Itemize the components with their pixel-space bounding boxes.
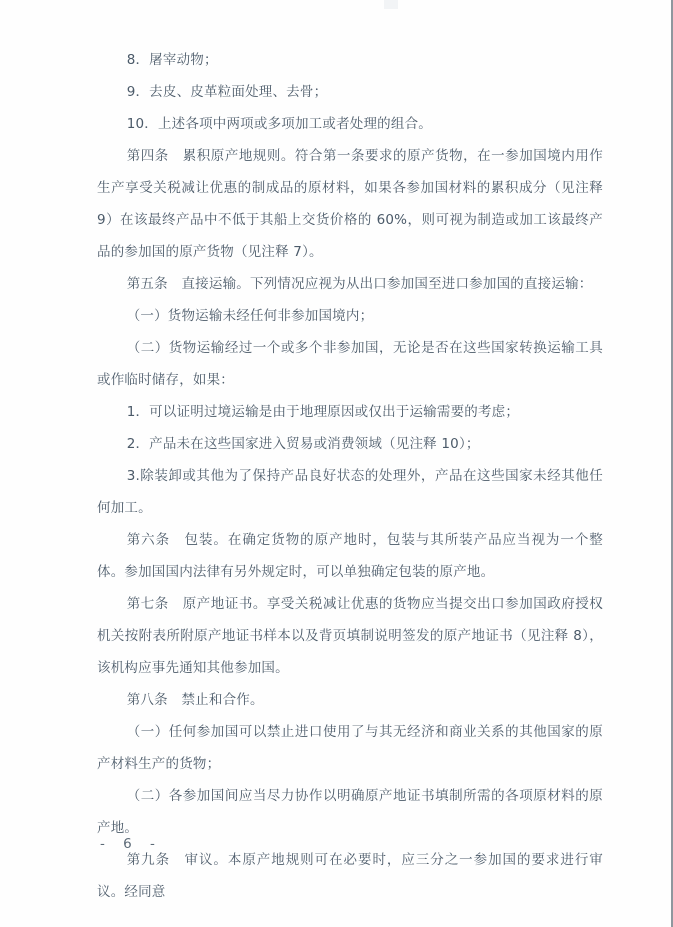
- paragraph: （一）货物运输未经任何非参加国境内；: [97, 300, 603, 332]
- document-body: 8．屠宰动物； 9．去皮、皮革粒面处理、去骨； 10．上述各项中两项或多项加工或…: [97, 44, 603, 908]
- paragraph: （二）货物运输经过一个或多个非参加国，无论是否在这些国家转换运输工具或作临时储存…: [97, 332, 603, 396]
- paragraph: 10．上述各项中两项或多项加工或者处理的组合。: [97, 108, 603, 140]
- scan-smudge-artifact: [384, 0, 398, 9]
- paragraph: 9．去皮、皮革粒面处理、去骨；: [97, 76, 603, 108]
- paragraph: 2．产品未在这些国家进入贸易或消费领域（见注释 10）；: [97, 428, 603, 460]
- paragraph: 8．屠宰动物；: [97, 44, 603, 76]
- paragraph: （一）任何参加国可以禁止进口使用了与其无经济和商业关系的其他国家的原产材料生产的…: [97, 716, 603, 780]
- paragraph: 第九条 审议。本原产地规则可在必要时，应三分之一参加国的要求进行审议。经同意: [97, 844, 603, 908]
- paragraph: （二）各参加国间应当尽力协作以明确原产地证书填制所需的各项原材料的原产地。: [97, 780, 603, 844]
- paragraph: 第四条 累积原产地规则。符合第一条要求的原产货物，在一参加国境内用作生产享受关税…: [97, 140, 603, 268]
- paragraph: 第八条 禁止和合作。: [97, 684, 603, 716]
- document-page: 8．屠宰动物； 9．去皮、皮革粒面处理、去骨； 10．上述各项中两项或多项加工或…: [0, 0, 673, 927]
- paragraph: 第六条 包装。在确定货物的原产地时，包装与其所装产品应当视为一个整体。参加国国内…: [97, 524, 603, 588]
- paragraph: 3.除装卸或其他为了保持产品良好状态的处理外，产品在这些国家未经其他任何加工。: [97, 460, 603, 524]
- paragraph: 1．可以证明过境运输是由于地理原因或仅出于运输需要的考虑；: [97, 396, 603, 428]
- paragraph: 第七条 原产地证书。享受关税减让优惠的货物应当提交出口参加国政府授权机关按附表所…: [97, 588, 603, 684]
- page-number: - 6 -: [100, 836, 162, 852]
- paragraph: 第五条 直接运输。下列情况应视为从出口参加国至进口参加国的直接运输：: [97, 268, 603, 300]
